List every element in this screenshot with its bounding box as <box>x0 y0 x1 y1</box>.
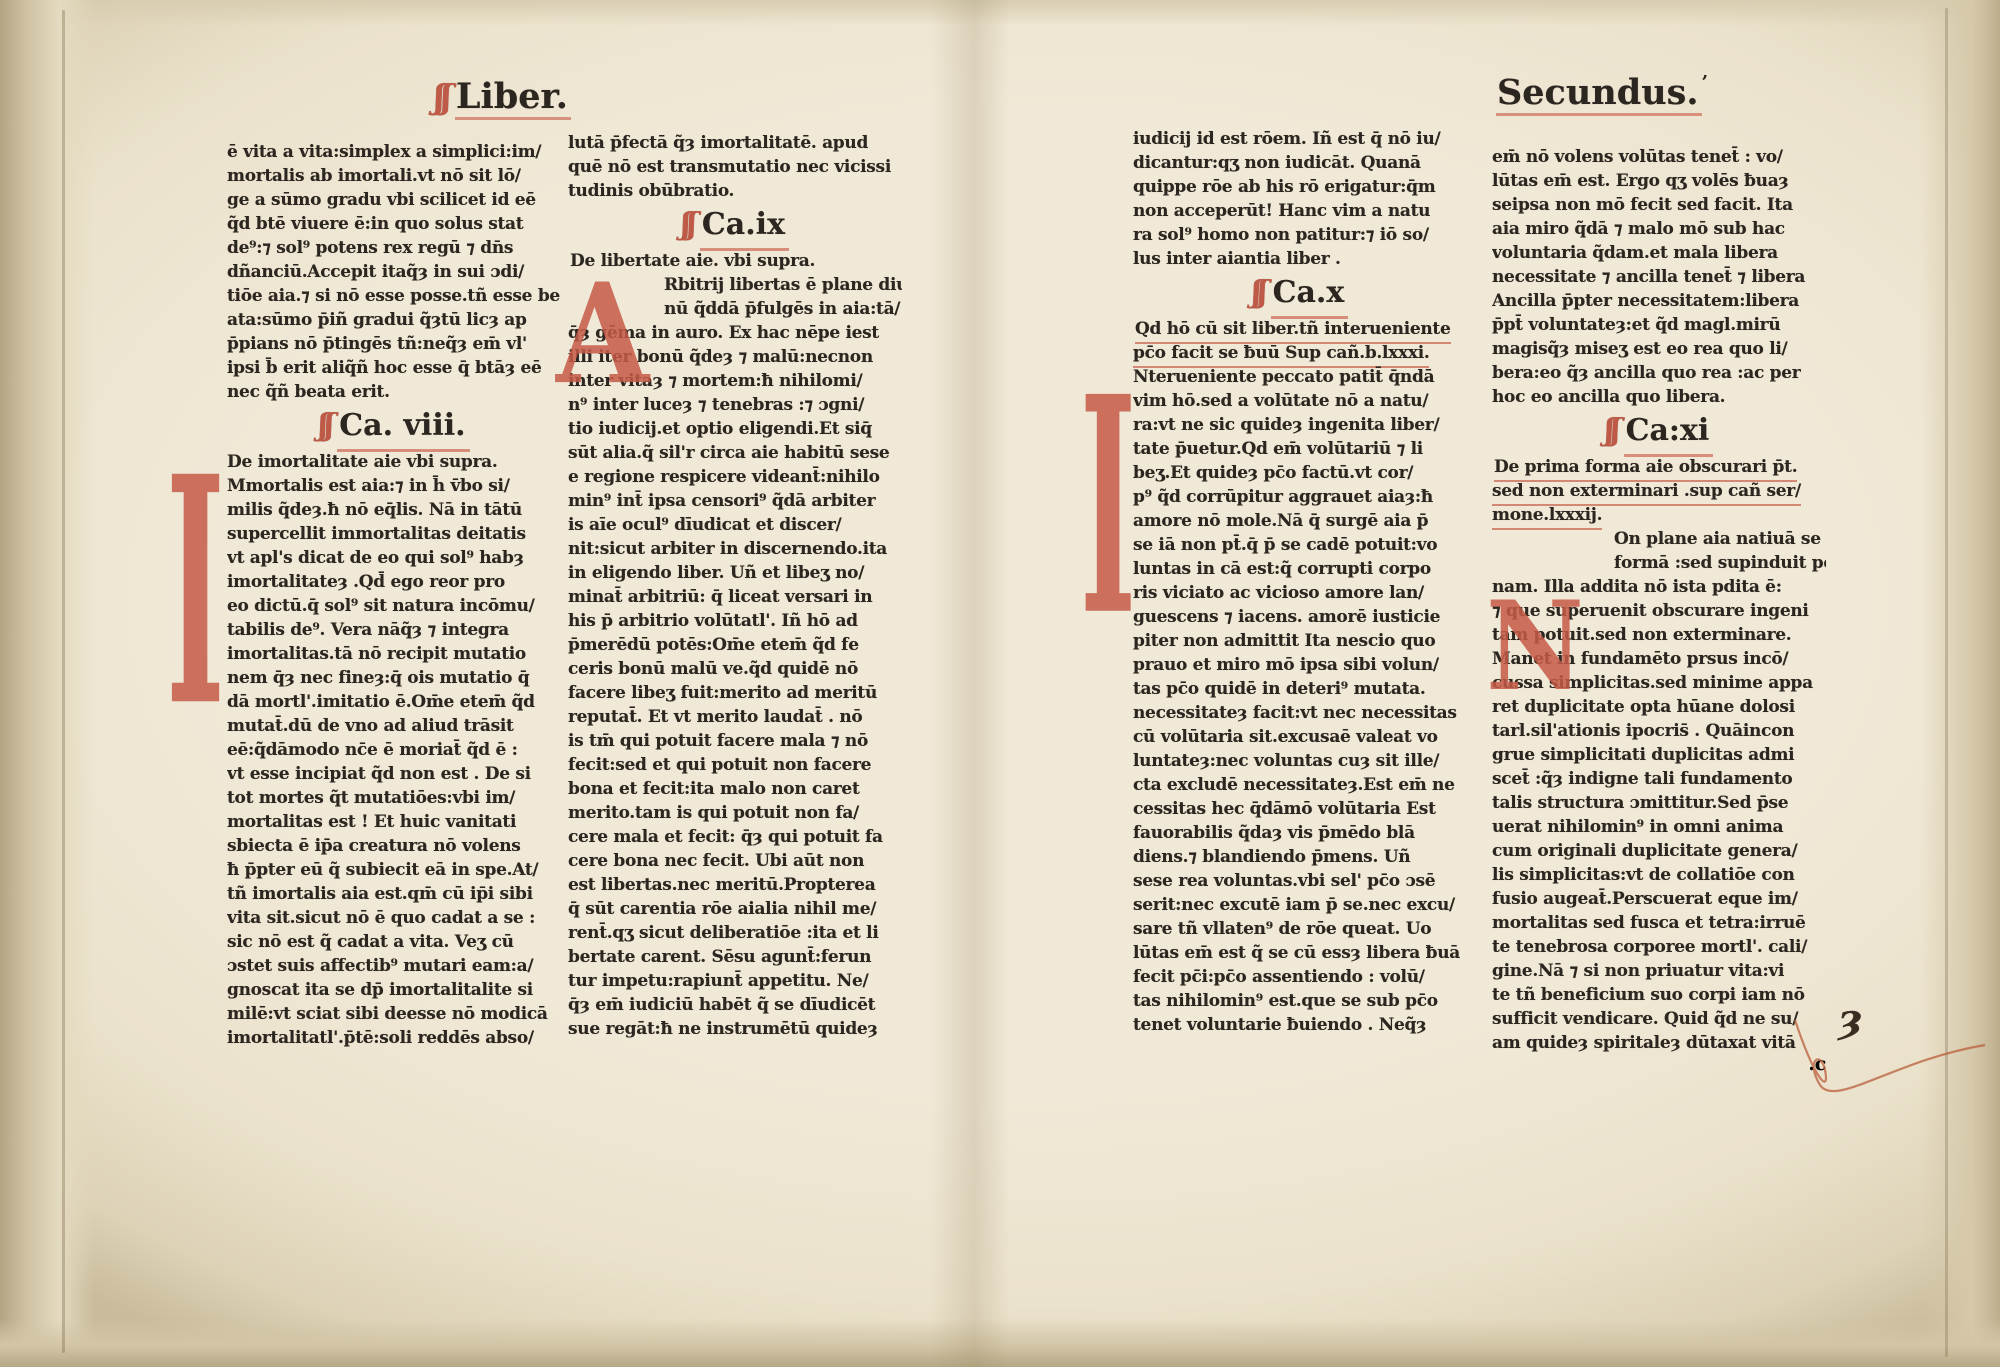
text-content: lis simplicitas:vt de collatiōe con <box>1492 865 1795 885</box>
text-line: prauo et miro mō ipsa sibi volun/ <box>1133 653 1467 677</box>
text-content: Ca.x <box>1271 271 1349 319</box>
text-line: beʒ.Et quideȝ pc̄o factū.vt cor/ <box>1133 461 1467 485</box>
text-line: supercellit immortalitas deitatis <box>227 522 561 546</box>
text-content: necessitateȝ facit:vt nec necessitas <box>1133 703 1457 723</box>
text-line: milis q̃deȝ.ħ nō eq̄lis. Nā in tātū <box>227 498 561 522</box>
text-line: formā :sed supinduit pegri/ <box>1492 551 1826 575</box>
fore-edge-line-right <box>1945 8 1948 1357</box>
text-content: quē nō est transmutatio nec vicissi <box>568 157 891 177</box>
text-line: lūtas em̄ est q̃ se cū essȝ libera ƀuā <box>1133 941 1467 965</box>
text-line: necessitateȝ facit:vt nec necessitas <box>1133 701 1467 725</box>
text-content: cta excludē necessitateȝ.Est em̄ ne <box>1133 775 1455 795</box>
text-content: te tenebrosa corporee mortl'. cali/ <box>1492 937 1807 957</box>
text-line: bera:eo q̃ȝ ancilla quo rea :ac per <box>1492 361 1826 385</box>
text-content: pc̄o facit se ƀuū Sup cañ.b.lxxxi. <box>1133 341 1429 368</box>
text-content: is aīe ocul⁹ dīudicat et discer/ <box>568 515 841 535</box>
pilcrow-icon: ʃʃ <box>318 408 330 443</box>
running-title-text: Secundus. <box>1496 72 1702 116</box>
text-line: imortalitas.tā nō recipit mutatio <box>227 642 561 666</box>
pilcrow-icon: ʃʃ <box>681 207 693 242</box>
text-content: est libertas.nec meritū.Propterea <box>568 875 875 895</box>
text-line: lus inter aiantia liber . <box>1133 247 1467 271</box>
text-content: fecit pc̄i:pc̄o assentiendo : volū/ <box>1133 967 1425 987</box>
pilcrow-icon: ʃʃ <box>1605 413 1617 448</box>
text-line: grue simplicitati duplicitas admi <box>1492 743 1826 767</box>
text-content: mortalis ab imortali.vt nō sit lō/ <box>227 166 521 186</box>
text-line: in eligendo liber. Uñ et libeʒ no/ <box>568 561 902 585</box>
text-line: is aīe ocul⁹ dīudicat et discer/ <box>568 513 902 537</box>
text-content: Qd hō cū sit liber.tñ interueniente <box>1135 317 1451 344</box>
text-line: ipsi b̄ erit aliq̃ñ hoc esse q̄ btāȝ eē <box>227 356 561 380</box>
text-content: tas pc̄o quidē in deteri⁹ mutata. <box>1133 679 1425 699</box>
text-content: mortalitas sed fusca et tetra:irruē <box>1492 913 1806 933</box>
text-content: Mmortalis est aia:⁊ in h̄ v̄bo si/ <box>227 476 510 496</box>
text-content: gnoscat ita se dp̄ imortalitalite si <box>227 980 533 1000</box>
text-line: Nterueniente peccato patit̄ q̄ndā <box>1133 365 1467 389</box>
text-content: supercellit immortalitas deitatis <box>227 524 526 544</box>
running-title-text: Liber. <box>455 76 571 120</box>
text-content: vt esse incipiat q̃d non est . De si <box>227 764 531 784</box>
text-content: mone.lxxxij. <box>1492 503 1602 530</box>
text-content: p̄pians nō p̄tingēs tñ:neq̃ȝ em̄ vl' <box>227 334 527 354</box>
text-content: scet̄ :q̃ȝ indigne tali fundamento <box>1492 769 1792 789</box>
text-content: vt apl's dicat de eo qui sol⁹ habȝ <box>227 548 524 568</box>
text-line: magisq̃ȝ miseʒ est eo rea quo li/ <box>1492 337 1826 361</box>
text-line: sūt alia.q̃ sil'r circa aie habitū sese <box>568 441 902 465</box>
text-line: tenet voluntarie ƀuiendo . Neq̃ȝ <box>1133 1013 1467 1037</box>
text-line: imortalitateȝ .Qd̄ ego reor pro <box>227 570 561 594</box>
text-line: ra:vt ne sic quideȝ ingenita liber/ <box>1133 413 1467 437</box>
text-content: p̄pt̄ voluntateȝ:et q̃d magl.mirū <box>1492 315 1780 335</box>
text-content: nū q̃ddā p̄fulgēs in aia:tā/ <box>664 299 900 319</box>
text-content: talis structura ɔmittitur.Sed p̄se <box>1492 793 1788 813</box>
text-line: gnoscat ita se dp̄ imortalitalite si <box>227 978 561 1002</box>
text-content: in eligendo liber. Uñ et libeʒ no/ <box>568 563 864 583</box>
text-line: sese rea voluntas.vbi sel' pc̄o ɔsē <box>1133 869 1467 893</box>
text-line: hoc eo ancilla quo libera. <box>1492 385 1826 409</box>
text-line: nem q̄ȝ nec fineȝ:q̄ ois mutatio q̄ <box>227 666 561 690</box>
text-line: sed non exterminari .sup cañ ser/ <box>1492 479 1826 503</box>
page-edge-right <box>1920 0 2000 1367</box>
text-line: facere libeʒ fuit:merito ad meritū <box>568 681 902 705</box>
text-content: cum originali duplicitate genera/ <box>1492 841 1797 861</box>
column-1: ē vita a vita:simplex a simplici:im/mort… <box>227 140 561 1070</box>
text-line: ʃʃDe prima forma aie obscurari p̄t. <box>1492 455 1826 479</box>
text-content: de⁹:⁊ sol⁹ potens rex regū ⁊ dn̄s <box>227 238 513 258</box>
text-content: beʒ.Et quideȝ pc̄o factū.vt cor/ <box>1133 463 1413 483</box>
text-line: is tm̄ qui potuit facere mala ⁊ nō <box>568 729 902 753</box>
text-content: non acceperūt! Hanc vim a natu <box>1133 201 1430 221</box>
text-content: ē vita a vita:simplex a simplici:im/ <box>227 142 541 162</box>
text-content: piter non admittit Ita nescio quo <box>1133 631 1435 651</box>
text-content: nem q̄ȝ nec fineȝ:q̄ ois mutatio q̄ <box>227 668 529 688</box>
text-content: necessitate ⁊ ancilla tenet̄ ⁊ libera <box>1492 267 1805 287</box>
text-line: q̃d btē viuere ē:in quo solus stat <box>227 212 561 236</box>
text-line: nit:sicut arbiter in discernendo.ita <box>568 537 902 561</box>
text-content: sūt alia.q̃ sil'r circa aie habitū sese <box>568 443 889 463</box>
text-content: tate p̄uetur.Qd em̄ volūtariū ⁊ li <box>1133 439 1423 459</box>
text-content: prauo et miro mō ipsa sibi volun/ <box>1133 655 1439 675</box>
text-content: sare tñ vllaten⁹ de rōe queat. Uo <box>1133 919 1431 939</box>
text-line: ata:sūmo p̄iñ gradui q̃ȝtū licȝ ap <box>227 308 561 332</box>
text-line: his p̄ arbitrio volūtatl'. Iñ hō ad <box>568 609 902 633</box>
gutter-shadow <box>930 0 1010 1367</box>
text-content: ceris bonū malū ve.q̃d quidē nō <box>568 659 858 679</box>
text-line: eo dictū.q̄ sol⁹ sit natura incōmu/ <box>227 594 561 618</box>
text-line: nec q̃ñ beata erit. <box>227 380 561 404</box>
text-content: serit:nec excutē iam p̄ se.nec excu/ <box>1133 895 1455 915</box>
text-content: tudinis obūbratio. <box>568 181 734 201</box>
text-content: cessitas hec q̄dāmō volūtaria Est <box>1133 799 1436 819</box>
text-content: lūtas em̄ est q̃ se cū essȝ libera ƀuā <box>1133 943 1460 963</box>
text-content: Ca. viii. <box>337 404 469 452</box>
text-line: bona et fecit:ita malo non caret <box>568 777 902 801</box>
text-content: milis q̃deȝ.ħ nō eq̄lis. Nā in tātū <box>227 500 522 520</box>
text-line: tio iudicij.et optio eligendi.Et siq̄ <box>568 417 902 441</box>
text-content: tñ imortalis aia est.qm̄ cū ip̄i sibi <box>227 884 533 904</box>
text-line: ra sol⁹ homo non patitur:⁊ iō so/ <box>1133 223 1467 247</box>
text-content: On plane aia natiuā se exuit <box>1614 529 1826 549</box>
text-content: seipsa non mō fecit sed facit. Ita <box>1492 195 1793 215</box>
text-content: De imortalitate aie vbi supra. <box>227 452 498 472</box>
text-content: guescens ⁊ iacens. amorē iusticie <box>1133 607 1440 627</box>
text-line: cere mala et fecit: q̄ȝ qui potuit fa <box>568 825 902 849</box>
text-line: p̄pians nō p̄tingēs tñ:neq̃ȝ em̄ vl' <box>227 332 561 356</box>
text-line: tarl.sil'ationis ipocris̄ . Quāincon <box>1492 719 1826 743</box>
text-line: mone.lxxxij. <box>1492 503 1826 527</box>
text-line: reputat̄. Et vt merito laudat̄ . nō <box>568 705 902 729</box>
text-content: ris viciato ac vicioso amore lan/ <box>1133 583 1424 603</box>
text-line: seipsa non mō fecit sed facit. Ita <box>1492 193 1826 217</box>
text-line: eē:q̃dāmodo nc̄e ē moriat̄ q̃d ē : <box>227 738 561 762</box>
text-line: bertate carent. Sēsu agunt̄:ferun <box>568 945 902 969</box>
text-content: tiōe aia.⁊ si nō esse posse.tñ esse be <box>227 286 560 306</box>
text-content: sbiecta ē ip̄a creatura nō volens <box>227 836 521 856</box>
text-content: ra:vt ne sic quideȝ ingenita liber/ <box>1133 415 1439 435</box>
text-line: tate p̄uetur.Qd em̄ volūtariū ⁊ li <box>1133 437 1467 461</box>
text-line: non acceperūt! Hanc vim a natu <box>1133 199 1467 223</box>
tick-mark: ’ <box>1702 72 1708 93</box>
text-content: vim hō.sed a volūtate nō a natu/ <box>1133 391 1428 411</box>
text-line: vita sit.sicut nō ē quo cadat a se : <box>227 906 561 930</box>
text-content: p̄merēdū potēs:Om̄e etem̄ q̃d fe <box>568 635 859 655</box>
text-content: cere mala et fecit: q̄ȝ qui potuit fa <box>568 827 883 847</box>
text-line: ge a sūmo gradu vbi scilicet id eē <box>227 188 561 212</box>
text-content: imortalitas.tā nō recipit mutatio <box>227 644 526 664</box>
text-content: diens.⁊ blandiendo p̄mens. Uñ <box>1133 847 1410 867</box>
text-line: mortalitas est ! Et huic vanitati <box>227 810 561 834</box>
page-photo: ʃʃLiber. Secundus.’ ē vita a vita:simple… <box>0 0 2000 1367</box>
text-line: necessitate ⁊ ancilla tenet̄ ⁊ libera <box>1492 265 1826 289</box>
text-line: Mmortalis est aia:⁊ in h̄ v̄bo si/ <box>227 474 561 498</box>
text-line: sare tñ vllaten⁹ de rōe queat. Uo <box>1133 917 1467 941</box>
ink-flourish <box>1775 990 1995 1110</box>
text-line: est libertas.nec meritū.Propterea <box>568 873 902 897</box>
text-content: his p̄ arbitrio volūtatl'. Iñ hō ad <box>568 611 858 631</box>
text-content: bona et fecit:ita malo non caret <box>568 779 860 799</box>
text-content: luntateȝ:nec voluntas cuȝ sit ille/ <box>1133 751 1439 771</box>
text-line: em̄ nō volens volūtas tenet̄ : vo/ <box>1492 145 1826 169</box>
text-line: rent̄.qʒ sicut deliberatiōe :ita et li <box>568 921 902 945</box>
text-line: fecit pc̄i:pc̄o assentiendo : volū/ <box>1133 965 1467 989</box>
text-line: diens.⁊ blandiendo p̄mens. Uñ <box>1133 845 1467 869</box>
text-line: ceris bonū malū ve.q̃d quidē nō <box>568 657 902 681</box>
text-content: tabilis de⁹. Vera nāq̃ȝ ⁊ integra <box>227 620 509 640</box>
text-content: sed non exterminari .sup cañ ser/ <box>1492 479 1801 506</box>
text-content: dicantur:qʒ non iudicāt. Quanā <box>1133 153 1421 173</box>
text-content: quippe rōe ab his rō erigatur:q̄m <box>1133 177 1435 197</box>
text-line: iudicij id est rōem. Iñ est q̄ nō iu/ <box>1133 127 1467 151</box>
text-content: se iā non pt̄.q̄ p̄ se cadē potuit:vo <box>1133 535 1437 555</box>
text-content: fecit:sed et qui potuit non facere <box>568 755 871 775</box>
text-content: Ca:xi <box>1624 409 1714 457</box>
text-content: De prima forma aie obscurari p̄t. <box>1494 455 1797 482</box>
illuminated-initial-I: I <box>1080 358 1136 655</box>
illuminated-initial-A: A <box>556 266 649 404</box>
text-content: em̄ nō volens volūtas tenet̄ : vo/ <box>1492 147 1783 167</box>
text-line: quippe rōe ab his rō erigatur:q̄m <box>1133 175 1467 199</box>
text-content: grue simplicitati duplicitas admi <box>1492 745 1794 765</box>
text-line: dā mortl'.imitatio ē.Om̄e etem̄ q̃d <box>227 690 561 714</box>
text-line: cta excludē necessitateȝ.Est em̄ ne <box>1133 773 1467 797</box>
text-content: sic nō est q̃ cadat a vita. Veʒ cū <box>227 932 514 952</box>
text-line: sue regāt:ħ ne instrumētū quideȝ <box>568 1017 902 1041</box>
text-content: Ca.ix <box>700 203 789 251</box>
text-content: is tm̄ qui potuit facere mala ⁊ nō <box>568 731 868 751</box>
text-line: de⁹:⁊ sol⁹ potens rex regū ⁊ dn̄s <box>227 236 561 260</box>
text-content: ipsi b̄ erit aliq̃ñ hoc esse q̄ btāȝ eē <box>227 358 542 378</box>
text-content: Ancilla p̄pter necessitatem:libera <box>1492 291 1799 311</box>
text-line: talis structura ɔmittitur.Sed p̄se <box>1492 791 1826 815</box>
text-line: q̄ȝ em̄ iudiciū habēt q̃ se dīudicēt <box>568 993 902 1017</box>
text-line: p⁹ q̃d corrūpitur aggrauet aiaȝ:ħ <box>1133 485 1467 509</box>
text-line: cum originali duplicitate genera/ <box>1492 839 1826 863</box>
text-content: hoc eo ancilla quo libera. <box>1492 387 1725 407</box>
text-content: q̃d btē viuere ē:in quo solus stat <box>227 214 523 234</box>
text-content: sese rea voluntas.vbi sel' pc̄o ɔsē <box>1133 871 1435 891</box>
text-content: am quideȝ spiritaleȝ dūtaxat vitā <box>1492 1033 1796 1053</box>
text-content: rent̄.qʒ sicut deliberatiōe :ita et li <box>568 923 878 943</box>
text-content: lutā p̄fectā q̃ȝ imortalitatē. apud <box>568 133 868 153</box>
text-line: tas nihilomin⁹ est.que se sub pc̄o <box>1133 989 1467 1013</box>
text-line: tudinis obūbratio. <box>568 179 902 203</box>
text-line: luntateȝ:nec voluntas cuȝ sit ille/ <box>1133 749 1467 773</box>
text-content: dā mortl'.imitatio ē.Om̄e etem̄ q̃d <box>227 692 535 712</box>
text-line: min⁹ int̄ ipsa censori⁹ q̃dā arbiter <box>568 489 902 513</box>
running-title-secundus: Secundus.’ <box>1496 72 1708 116</box>
text-line: piter non admittit Ita nescio quo <box>1133 629 1467 653</box>
text-content: mortalitas est ! Et huic vanitati <box>227 812 516 832</box>
text-line: voluntaria q̃dam.et mala libera <box>1492 241 1826 265</box>
text-content: imortalitatl'.p̄tē:soli reddēs abso/ <box>227 1028 534 1048</box>
text-content: facere libeʒ fuit:merito ad meritū <box>568 683 877 703</box>
text-content: nec q̃ñ beata erit. <box>227 382 390 402</box>
fore-edge-line-left <box>62 10 65 1353</box>
text-line: fauorabilis q̃daȝ vis p̄mēdo blā <box>1133 821 1467 845</box>
text-line: tur impetu:rapiunt̄ appetitu. Ne/ <box>568 969 902 993</box>
text-content: ɔstet suis affectib⁹ mutari eam:a/ <box>227 956 533 976</box>
text-line: ris viciato ac vicioso amore lan/ <box>1133 581 1467 605</box>
text-content: voluntaria q̃dam.et mala libera <box>1492 243 1778 263</box>
text-line: sbiecta ē ip̄a creatura nō volens <box>227 834 561 858</box>
text-line: tot mortes q̃t mutatiōes:vbi im/ <box>227 786 561 810</box>
text-line: tas pc̄o quidē in deteri⁹ mutata. <box>1133 677 1467 701</box>
text-line: lutā p̄fectā q̃ȝ imortalitatē. apud <box>568 131 902 155</box>
text-content: sue regāt:ħ ne instrumētū quideȝ <box>568 1019 877 1039</box>
text-content: iudicij id est rōem. Iñ est q̄ nō iu/ <box>1133 129 1440 149</box>
text-line: sic nō est q̃ cadat a vita. Veʒ cū <box>227 930 561 954</box>
text-line: On plane aia natiuā se exuit <box>1492 527 1826 551</box>
text-content: uerat nihilomin⁹ in omni anima <box>1492 817 1783 837</box>
text-line: cere bona nec fecit. Ubi aūt non <box>568 849 902 873</box>
text-content: min⁹ int̄ ipsa censori⁹ q̃dā arbiter <box>568 491 875 511</box>
text-line: dñanciū.Accepit itaq̃ȝ in sui ɔdi/ <box>227 260 561 284</box>
text-content: vita sit.sicut nō ē quo cadat a se : <box>227 908 535 928</box>
text-line: imortalitatl'.p̄tē:soli reddēs abso/ <box>227 1026 561 1050</box>
pilcrow-icon: ʃʃ <box>434 77 448 116</box>
text-content: fauorabilis q̃daȝ vis p̄mēdo blā <box>1133 823 1415 843</box>
text-content: bertate carent. Sēsu agunt̄:ferun <box>568 947 871 967</box>
text-line: mutat̄.dū de vno ad aliud trāsit <box>227 714 561 738</box>
text-content: te tñ beneficium suo corpi iam nō <box>1492 985 1805 1005</box>
text-line: quē nō est transmutatio nec vicissi <box>568 155 902 179</box>
text-content: formā :sed supinduit pegri/ <box>1614 553 1826 573</box>
text-content: tot mortes q̃t mutatiōes:vbi im/ <box>227 788 515 808</box>
text-line: mortalitas sed fusca et tetra:irruē <box>1492 911 1826 935</box>
text-line: gine.Nā ⁊ si non priuatur vita:vi <box>1492 959 1826 983</box>
text-content: tenet voluntarie ƀuiendo . Neq̃ȝ <box>1133 1015 1426 1035</box>
text-content: gine.Nā ⁊ si non priuatur vita:vi <box>1492 961 1784 981</box>
text-content: ata:sūmo p̄iñ gradui q̃ȝtū licȝ ap <box>227 310 527 330</box>
running-title-liber: ʃʃLiber. <box>434 76 571 120</box>
text-line: p̄merēdū potēs:Om̄e etem̄ q̃d fe <box>568 633 902 657</box>
text-content: cere bona nec fecit. Ubi aūt non <box>568 851 864 871</box>
text-line: lūtas em̄ est. Ergo qʒ volēs ƀuaȝ <box>1492 169 1826 193</box>
text-line: scet̄ :q̃ȝ indigne tali fundamento <box>1492 767 1826 791</box>
text-content: eē:q̃dāmodo nc̄e ē moriat̄ q̃d ē : <box>227 740 518 760</box>
text-content: reputat̄. Et vt merito laudat̄ . nō <box>568 707 862 727</box>
text-line: e regione respicere videant̄:nihilo <box>568 465 902 489</box>
text-line: p̄pt̄ voluntateȝ:et q̃d magl.mirū <box>1492 313 1826 337</box>
text-content: e regione respicere videant̄:nihilo <box>568 467 880 487</box>
text-line: cessitas hec q̄dāmō volūtaria Est <box>1133 797 1467 821</box>
text-content: aia miro q̃dā ⁊ malo mō sub hac <box>1492 219 1785 239</box>
text-content: luntas in cā est:q̃ corrupti corpo <box>1133 559 1431 579</box>
text-content: tio iudicij.et optio eligendi.Et siq̄ <box>568 419 872 439</box>
chapter-heading: ʃʃCa.x <box>1133 271 1467 317</box>
text-content: eo dictū.q̄ sol⁹ sit natura incōmu/ <box>227 596 535 616</box>
text-content: sufficit vendicare. Quid q̃d ne su/ <box>1492 1009 1798 1029</box>
text-content: nit:sicut arbiter in discernendo.ita <box>568 539 887 559</box>
text-line: vim hō.sed a volūtate nō a natu/ <box>1133 389 1467 413</box>
text-line: ħ p̄pter eū q̃ subiecit eā in spe.At/ <box>227 858 561 882</box>
text-content: lūtas em̄ est. Ergo qʒ volēs ƀuaȝ <box>1492 171 1788 191</box>
text-content: amore nō mole.Nā q̄ surgē aia p̄ <box>1133 511 1428 531</box>
text-line: dicantur:qʒ non iudicāt. Quanā <box>1133 151 1467 175</box>
text-content: tarl.sil'ationis ipocris̄ . Quāincon <box>1492 721 1794 741</box>
text-content: imortalitateȝ .Qd̄ ego reor pro <box>227 572 505 592</box>
text-line: cū volūtaria sit.excusaē valeat vo <box>1133 725 1467 749</box>
text-line: tñ imortalis aia est.qm̄ cū ip̄i sibi <box>227 882 561 906</box>
text-line: amore nō mole.Nā q̄ surgē aia p̄ <box>1133 509 1467 533</box>
text-content: p⁹ q̃d corrūpitur aggrauet aiaȝ:ħ <box>1133 487 1433 507</box>
text-content: Nterueniente peccato patit̄ q̄ndā <box>1133 367 1434 387</box>
text-line: vt apl's dicat de eo qui sol⁹ habȝ <box>227 546 561 570</box>
text-line: ʃʃQd hō cū sit liber.tñ interueniente <box>1133 317 1467 341</box>
text-content: minat̄ arbitriū: q̄ liceat versari in <box>568 587 872 607</box>
text-line: tabilis de⁹. Vera nāq̃ȝ ⁊ integra <box>227 618 561 642</box>
text-line: tiōe aia.⁊ si nō esse posse.tñ esse be <box>227 284 561 308</box>
illuminated-initial-I: I <box>166 436 225 748</box>
text-content: q̄ȝ em̄ iudiciū habēt q̃ se dīudicēt <box>568 995 875 1015</box>
text-content: lus inter aiantia liber . <box>1133 249 1341 269</box>
text-line: minat̄ arbitriū: q̄ liceat versari in <box>568 585 902 609</box>
text-content: ge a sūmo gradu vbi scilicet id eē <box>227 190 536 210</box>
text-line: te tenebrosa corporee mortl'. cali/ <box>1492 935 1826 959</box>
chapter-heading: ʃʃCa. viii. <box>227 404 561 450</box>
text-line: Ancilla p̄pter necessitatem:libera <box>1492 289 1826 313</box>
text-line: fusio augeat̄.Perscuerat eque im/ <box>1492 887 1826 911</box>
text-line: vt esse incipiat q̃d non est . De si <box>227 762 561 786</box>
text-line: q̄ sūt carentia rōe aialia nihil me/ <box>568 897 902 921</box>
text-line: ɔstet suis affectib⁹ mutari eam:a/ <box>227 954 561 978</box>
text-line: lis simplicitas:vt de collatiōe con <box>1492 863 1826 887</box>
page-edge-left <box>0 0 95 1367</box>
text-line: milē:vt sciat sibi deesse nō modicā <box>227 1002 561 1026</box>
text-content: tur impetu:rapiunt̄ appetitu. Ne/ <box>568 971 868 991</box>
text-line: guescens ⁊ iacens. amorē iusticie <box>1133 605 1467 629</box>
pilcrow-icon: ʃʃ <box>1252 275 1264 310</box>
text-line: mortalis ab imortali.vt nō sit lō/ <box>227 164 561 188</box>
chapter-heading: ʃʃCa.ix <box>568 203 902 249</box>
text-content: mutat̄.dū de vno ad aliud trāsit <box>227 716 514 736</box>
text-content: bera:eo q̃ȝ ancilla quo rea :ac per <box>1492 363 1800 383</box>
text-line: ē vita a vita:simplex a simplici:im/ <box>227 140 561 164</box>
text-content: ra sol⁹ homo non patitur:⁊ iō so/ <box>1133 225 1429 245</box>
text-content: Rbitrij libertas ē plane diui <box>664 275 902 295</box>
text-content: cū volūtaria sit.excusaē valeat vo <box>1133 727 1438 747</box>
text-line: luntas in cā est:q̃ corrupti corpo <box>1133 557 1467 581</box>
text-content: ħ p̄pter eū q̃ subiecit eā in spe.At/ <box>227 860 538 880</box>
text-line: serit:nec excutē iam p̄ se.nec excu/ <box>1133 893 1467 917</box>
text-content: magisq̃ȝ miseʒ est eo rea quo li/ <box>1492 339 1787 359</box>
text-content: tas nihilomin⁹ est.que se sub pc̄o <box>1133 991 1438 1011</box>
text-line: pc̄o facit se ƀuū Sup cañ.b.lxxxi. <box>1133 341 1467 365</box>
text-content: dñanciū.Accepit itaq̃ȝ in sui ɔdi/ <box>227 262 524 282</box>
text-content: merito.tam is qui potuit non fa/ <box>568 803 859 823</box>
chapter-heading: ʃʃCa:xi <box>1492 409 1826 455</box>
text-line: uerat nihilomin⁹ in omni anima <box>1492 815 1826 839</box>
text-content: milē:vt sciat sibi deesse nō modicā <box>227 1004 548 1024</box>
text-line: se iā non pt̄.q̄ p̄ se cadē potuit:vo <box>1133 533 1467 557</box>
text-line: De imortalitate aie vbi supra. <box>227 450 561 474</box>
text-line: aia miro q̃dā ⁊ malo mō sub hac <box>1492 217 1826 241</box>
illuminated-initial-N: N <box>1486 586 1584 708</box>
text-line: fecit:sed et qui potuit non facere <box>568 753 902 777</box>
text-line: merito.tam is qui potuit non fa/ <box>568 801 902 825</box>
text-content: q̄ sūt carentia rōe aialia nihil me/ <box>568 899 876 919</box>
column-3: iudicij id est rōem. Iñ est q̄ nō iu/dic… <box>1133 127 1467 1067</box>
text-content: fusio augeat̄.Perscuerat eque im/ <box>1492 889 1798 909</box>
